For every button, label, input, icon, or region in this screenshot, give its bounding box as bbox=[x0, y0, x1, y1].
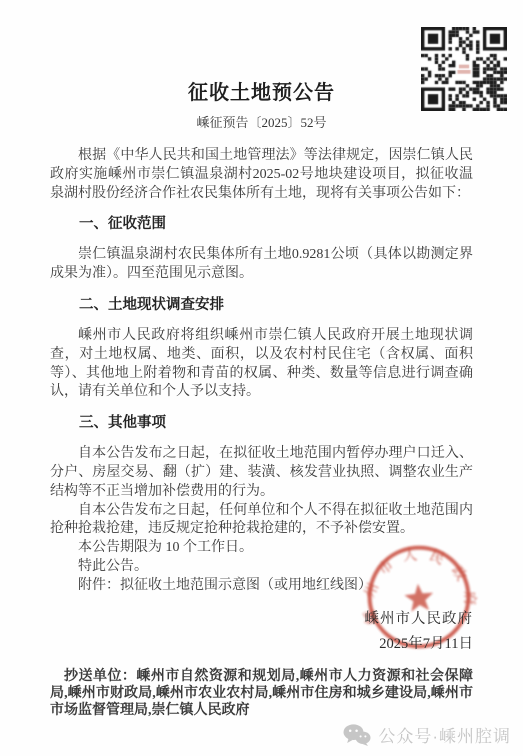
section-heading: 三、其他事项 bbox=[50, 414, 473, 433]
section-paragraph: 嵊州市人民政府将组织嵊州市崇仁镇人民政府开展土地现状调查，对土地权属、地类、面积… bbox=[50, 327, 473, 402]
section-paragraph: 自本公告发布之日起，任何单位和个人不得在拟征收土地范围内抢种抢栽抢建，违反规定抢… bbox=[50, 502, 473, 540]
intro-paragraph: 根据《中华人民共和国土地管理法》等法律规定，因崇仁镇人民政府实施嵊州市崇仁镇温泉… bbox=[50, 147, 473, 203]
section-heading: 一、征收范围 bbox=[50, 215, 473, 234]
signature-date: 2025年7月11日 bbox=[50, 635, 473, 654]
watermark: 公众号·嵊州腔调 bbox=[343, 722, 511, 747]
watermark-label: 公众号·嵊州腔调 bbox=[378, 722, 511, 747]
section-paragraph: 崇仁镇温泉湖村农民集体所有土地0.9281公顷（具体以勘测定界成果为准）。四至范… bbox=[50, 246, 473, 284]
cc-paragraph: 抄送单位：嵊州市自然资源和规划局,嵊州市人力资源和社会保障局,嵊州市财政局,嵊州… bbox=[50, 668, 473, 720]
section-paragraph: 自本公告发布之日起，在拟征收土地范围内暂停办理户口迁入、分户、房屋交易、翻（扩）… bbox=[50, 445, 473, 501]
qr-code bbox=[421, 27, 507, 111]
signature-block: 嵊州市人民政府 2025年7月11日 bbox=[50, 610, 473, 654]
document-number: 嵊征预告〔2025〕52号 bbox=[50, 115, 473, 131]
signature-authority: 嵊州市人民政府 bbox=[50, 610, 473, 629]
qr-code-canvas bbox=[421, 27, 507, 111]
section-heading: 二、土地现状调查安排 bbox=[50, 296, 473, 315]
document-title: 征收土地预公告 bbox=[50, 0, 473, 106]
star-icon bbox=[404, 583, 435, 613]
section-scope: 一、征收范围 崇仁镇温泉湖村农民集体所有土地0.9281公顷（具体以勘测定界成果… bbox=[50, 215, 473, 284]
document-page: 征收土地预公告 嵊征预告〔2025〕52号 根据《中华人民共和国土地管理法》等法… bbox=[0, 0, 523, 756]
section-survey: 二、土地现状调查安排 嵊州市人民政府将组织嵊州市崇仁镇人民政府开展土地现状调查，… bbox=[50, 296, 473, 402]
wechat-icon bbox=[343, 724, 371, 746]
